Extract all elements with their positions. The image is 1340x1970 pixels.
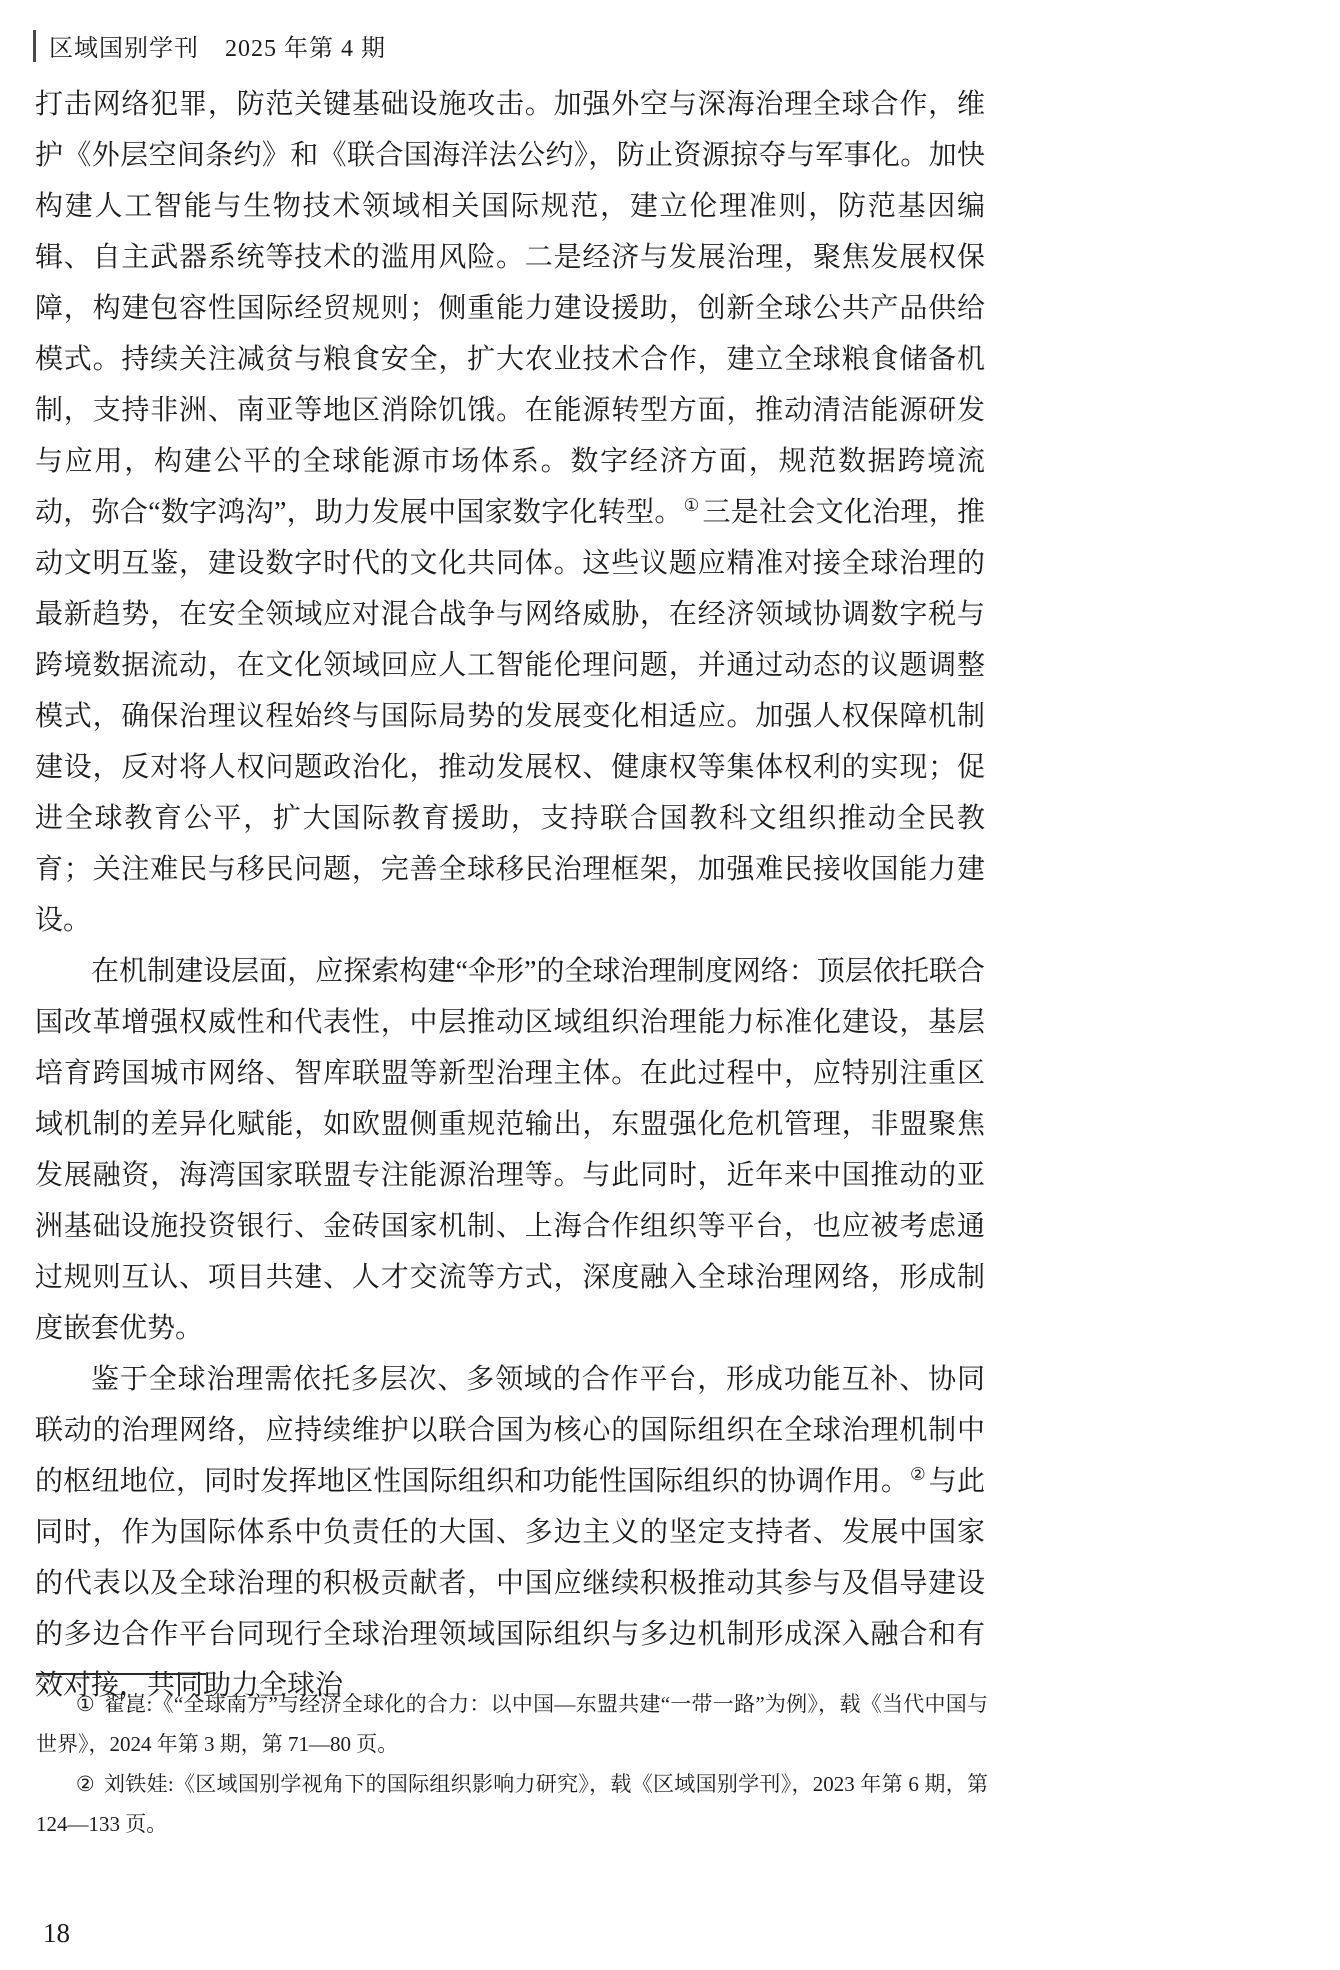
footnote-ref: ①	[684, 496, 700, 515]
article-body: 打击网络犯罪，防范关键基础设施攻击。加强外空与深海治理全球合作，维护《外层空间条…	[35, 79, 985, 1711]
page-number: 18	[43, 1918, 70, 1949]
footnote-marker: ②	[76, 1772, 95, 1796]
page-header: 区域国别学刊 2025 年第 4 期	[33, 28, 386, 63]
footnote: ①翟崑:《“全球南方”与经济全球化的合力：以中国—东盟共建“一带一路”为例》，载…	[36, 1684, 988, 1764]
footnote-separator	[36, 1673, 206, 1675]
paragraph: 打击网络犯罪，防范关键基础设施攻击。加强外空与深海治理全球合作，维护《外层空间条…	[35, 79, 985, 946]
journal-page: 区域国别学刊 2025 年第 4 期 打击网络犯罪，防范关键基础设施攻击。加强外…	[0, 0, 1340, 1970]
header-rule	[33, 30, 36, 62]
journal-title: 区域国别学刊	[49, 28, 199, 63]
footnote-marker: ①	[76, 1692, 95, 1716]
paragraph: 在机制建设层面，应探索构建“伞形”的全球治理制度网络：顶层依托联合国改革增强权威…	[35, 946, 985, 1354]
footnote-ref: ②	[910, 1465, 926, 1484]
footnotes-section: ①翟崑:《“全球南方”与经济全球化的合力：以中国—东盟共建“一带一路”为例》，载…	[36, 1684, 988, 1844]
issue-label: 2025 年第 4 期	[225, 28, 386, 63]
footnote: ②刘铁娃:《区域国别学视角下的国际组织影响力研究》，载《区域国别学刊》，2023…	[36, 1764, 988, 1844]
paragraph: 鉴于全球治理需依托多层次、多领域的合作平台，形成功能互补、协同联动的治理网络，应…	[35, 1354, 985, 1711]
